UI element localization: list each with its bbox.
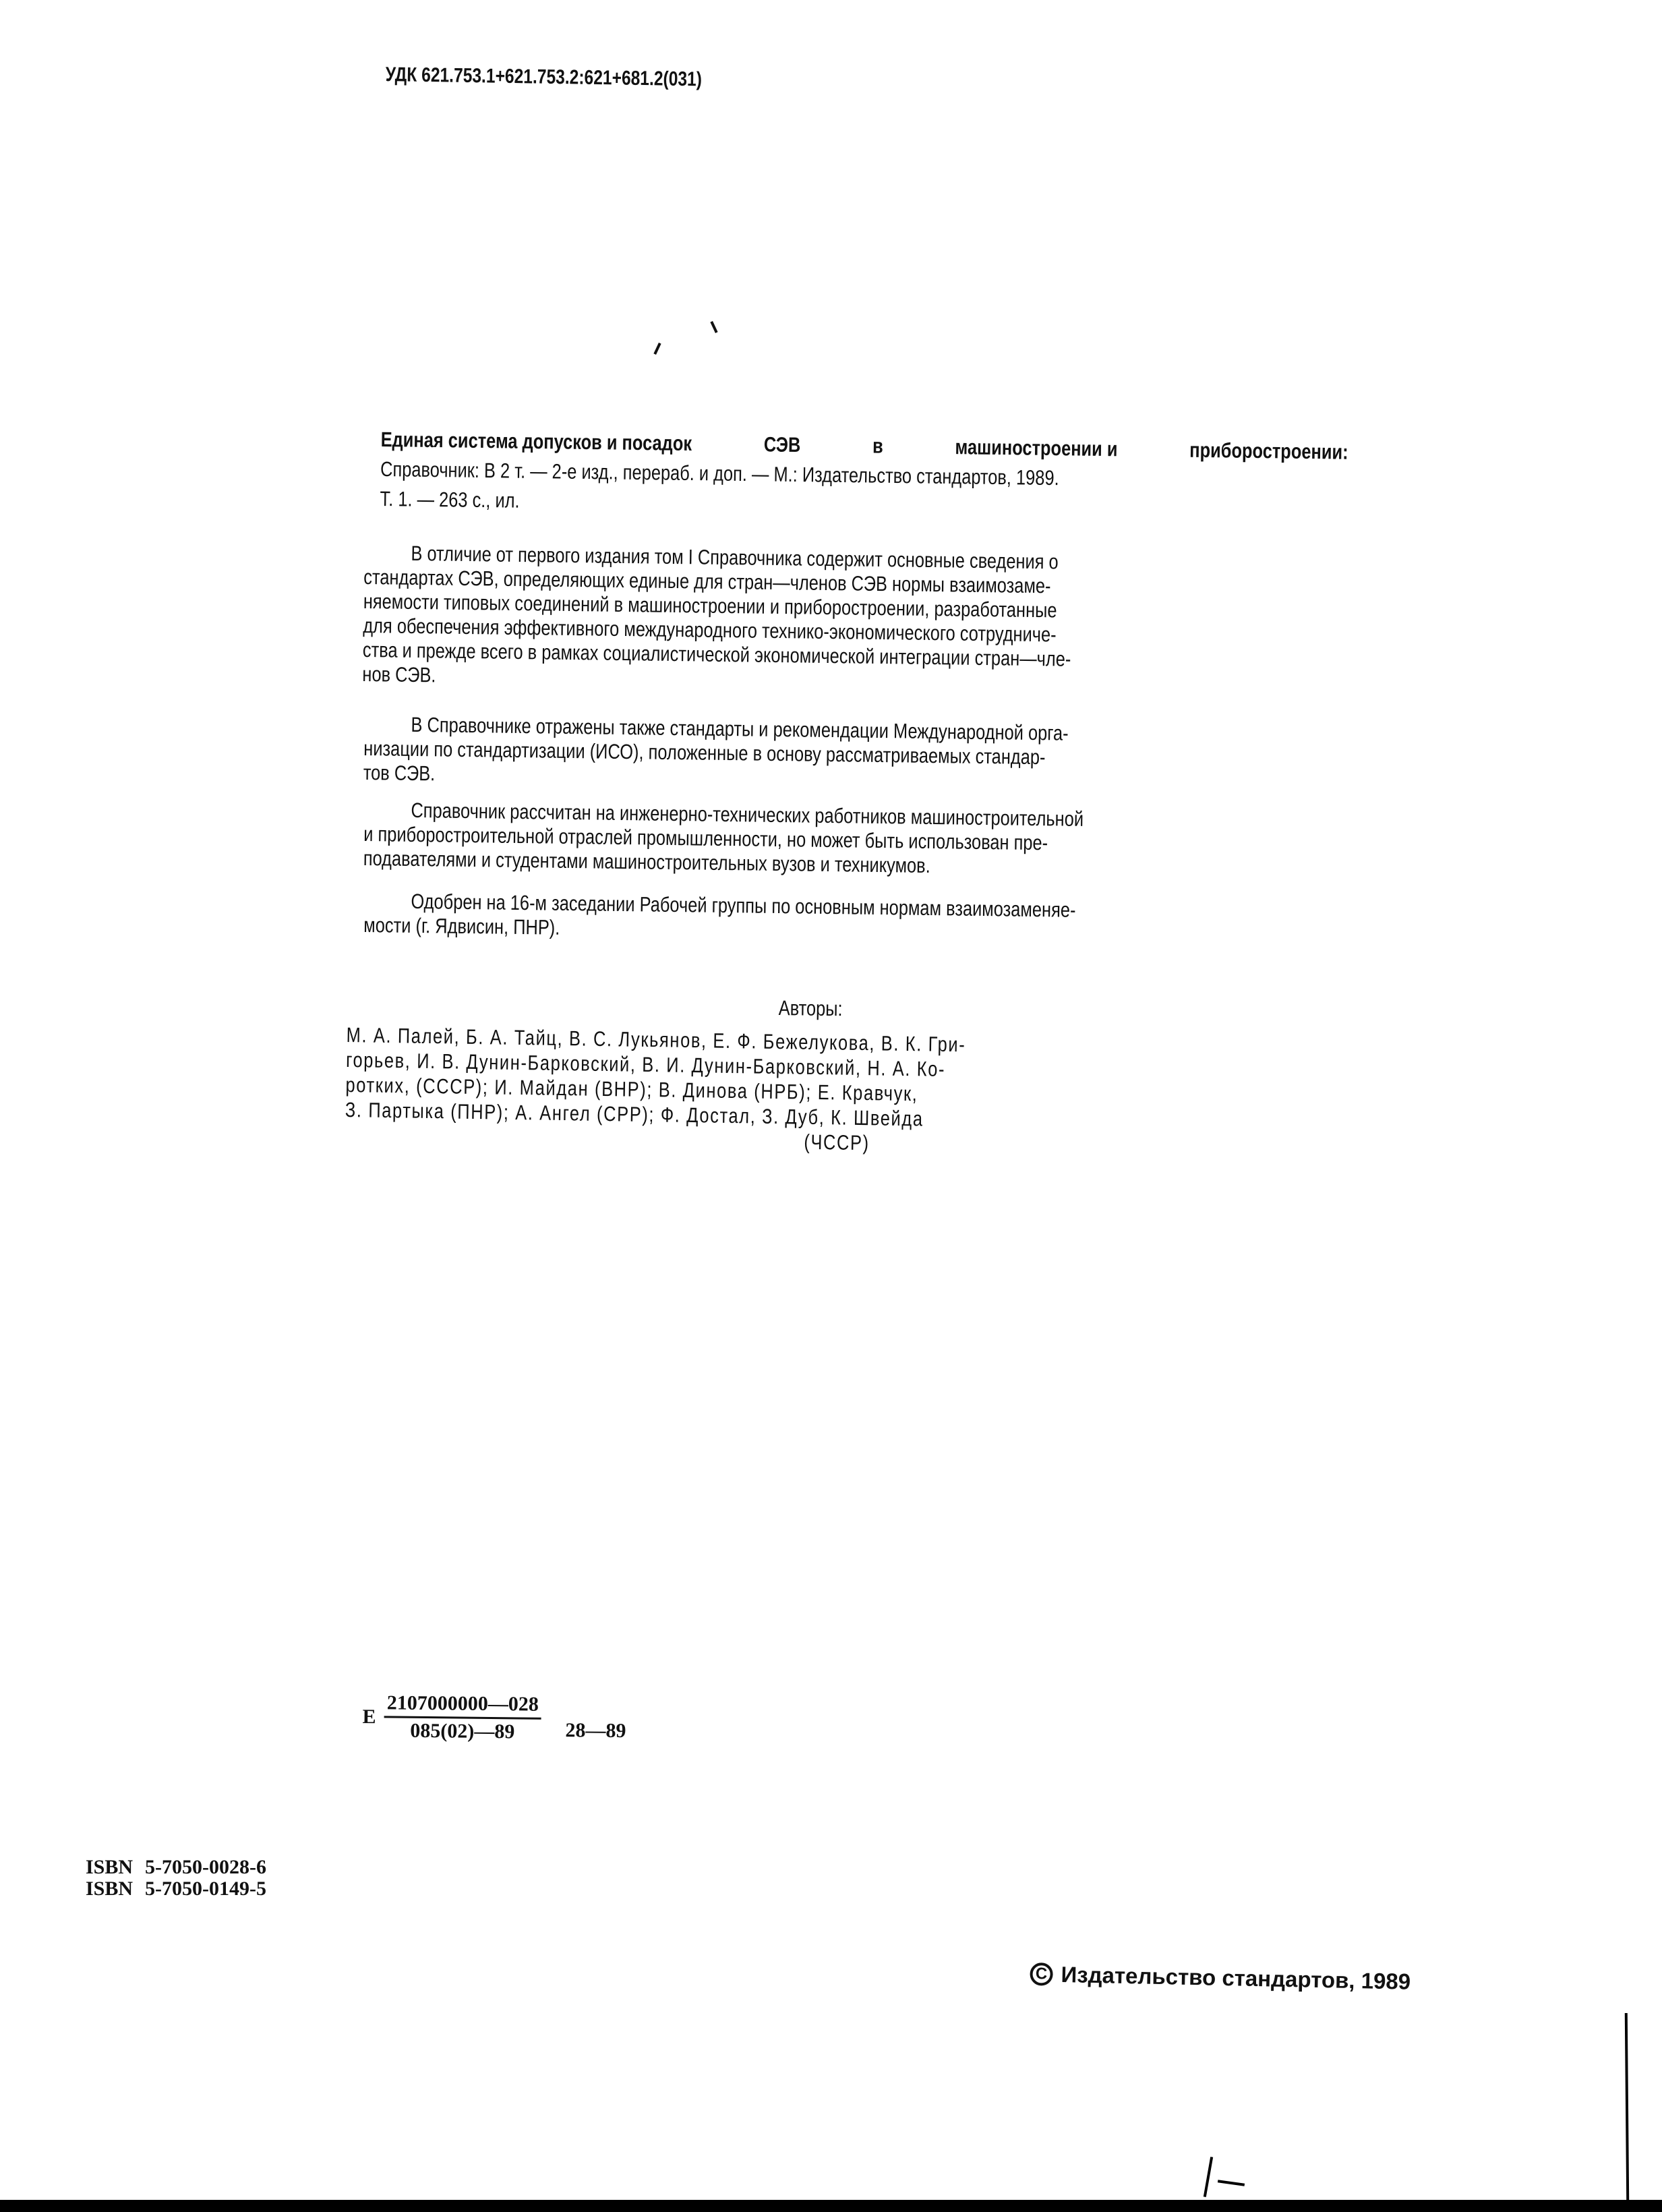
scan-speck xyxy=(710,321,717,333)
isbn-block: ISBN5-7050-0028-6 ISBN5-7050-0149-5 xyxy=(86,1857,266,1900)
biblio-title-part: приборостроении: xyxy=(1189,436,1348,467)
biblio-volume-info: Т. 1. — 263 с., ил. xyxy=(380,484,520,516)
annotation-paragraph-1: В отличие от первого издания том I Справ… xyxy=(362,541,1332,699)
publisher-code-fraction: 2107000000—028 085(02)—89 xyxy=(384,1691,541,1743)
biblio-title-part: Единая система допусков и посадок xyxy=(380,425,692,459)
annotation-paragraph-4: Одобрен на 16-м заседании Рабочей группы… xyxy=(363,889,1332,950)
publisher-code-suffix: 28—89 xyxy=(565,1719,626,1743)
scan-corner-mark xyxy=(1204,2157,1213,2197)
scan-corner-mark xyxy=(1218,2180,1245,2186)
isbn-label: ISBN xyxy=(86,1878,133,1900)
copyright-notice: C Издательство стандартов, 1989 xyxy=(1030,1961,1411,1995)
isbn-value: 5-7050-0149-5 xyxy=(145,1878,266,1900)
isbn-line: ISBN5-7050-0149-5 xyxy=(86,1878,266,1900)
isbn-value: 5-7050-0028-6 xyxy=(145,1856,266,1878)
scan-bottom-border xyxy=(0,2200,1662,2212)
authors-heading: Авторы: xyxy=(779,996,843,1021)
isbn-label: ISBN xyxy=(86,1856,133,1878)
copyright-text: Издательство стандартов, 1989 xyxy=(1061,1962,1411,1995)
isbn-line: ISBN5-7050-0028-6 xyxy=(86,1857,266,1878)
publisher-code-denominator: 085(02)—89 xyxy=(410,1718,514,1744)
biblio-title-part: машиностроении и xyxy=(955,432,1118,464)
biblio-title-part: в xyxy=(872,432,883,461)
publisher-code-numerator: 2107000000—028 xyxy=(384,1691,541,1719)
udk-classification: УДК 621.753.1+621.753.2:621+681.2(031) xyxy=(385,63,702,91)
scan-edge-line xyxy=(1625,2013,1629,2202)
authors-list: М. А. Палей, Б. А. Тайц, В. С. Лукьянов,… xyxy=(345,1022,1330,1163)
biblio-title-part: СЭВ xyxy=(764,430,801,460)
scan-speck xyxy=(653,343,661,355)
copyright-icon: C xyxy=(1030,1962,1053,1986)
annotation-paragraph-3: Справочник рассчитан на инженерно-технич… xyxy=(363,798,1332,883)
bibliographic-record: Единая система допусков и посадок СЭВ в … xyxy=(380,425,1348,527)
publisher-code: Е 2107000000—028 085(02)—89 28—89 xyxy=(362,1691,626,1745)
annotation-paragraph-2: В Справочнике отражены также стандарты и… xyxy=(363,712,1332,798)
publisher-code-prefix: Е xyxy=(362,1705,376,1728)
